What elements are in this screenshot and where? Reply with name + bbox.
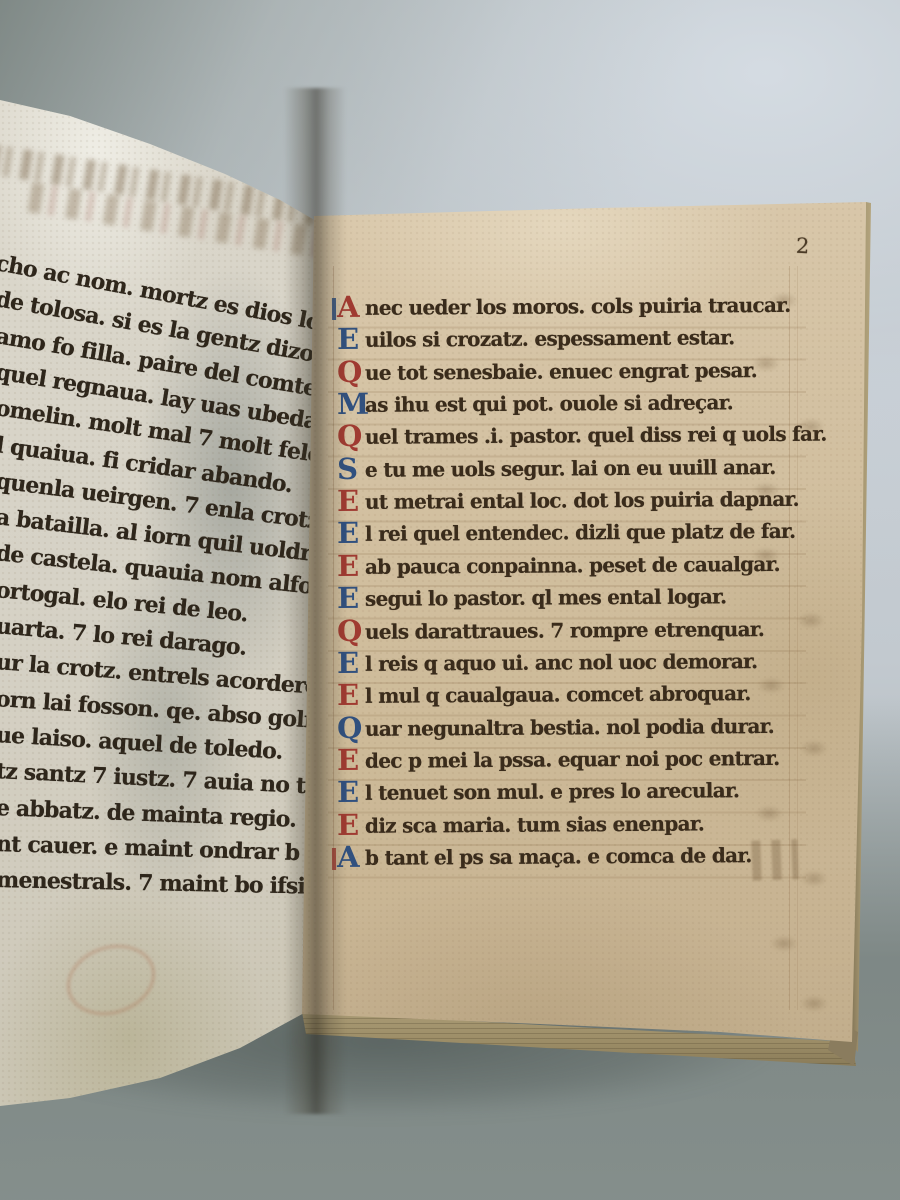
verse-line: Eut metrai ental loc. dot los puiria dap… bbox=[337, 486, 799, 514]
illuminated-initial: M bbox=[337, 392, 364, 416]
verse-text: l reis q aquo ui. anc nol uoc demorar. bbox=[364, 649, 757, 676]
verse-text: dec p mei la pssa. equar noi poc entrar. bbox=[364, 746, 780, 773]
illuminated-initial: E bbox=[337, 651, 364, 675]
manuscript-photo: cho ac nom. mortz es dios lo pdde tolosa… bbox=[0, 0, 900, 1200]
verse-text: ut metrai ental loc. dot los puiria dapn… bbox=[364, 487, 799, 514]
show-through-initial-ghost bbox=[755, 805, 783, 822]
verse-text: l mul q caualgaua. comcet abroquar. bbox=[364, 681, 751, 708]
verse-line: El reis q aquo ui. anc nol uoc demorar. bbox=[337, 648, 757, 676]
show-through-initial-ghost bbox=[800, 995, 828, 1012]
verse-line: Mas ihu est qui pot. ouole si adreçar. bbox=[337, 389, 733, 417]
illuminated-initial: E bbox=[337, 327, 364, 351]
illuminated-initial: S bbox=[337, 457, 364, 481]
illuminated-initial: Q bbox=[337, 359, 364, 383]
verse-text: b tant el ps sa maça. e comca de dar. bbox=[364, 843, 752, 870]
show-through-initial-ghost bbox=[797, 612, 825, 629]
illuminated-initial: E bbox=[337, 521, 364, 545]
verse-text: uel trames .i. pastor. quel diss rei q u… bbox=[364, 422, 827, 449]
verse-line: Ab tant el ps sa maça. e comca de dar. bbox=[337, 842, 752, 870]
verse-text: l tenuet son mul. e pres lo arecular. bbox=[364, 778, 739, 805]
verse-text: l rei quel entendec. dizli que platz de … bbox=[364, 519, 795, 546]
illuminated-initial: E bbox=[337, 586, 364, 610]
verse-line: Eab pauca conpainna. peset de caualgar. bbox=[337, 551, 780, 579]
show-through-initial-ghost bbox=[770, 935, 798, 952]
verse-line: Quels darattraues. 7 rompre etrenquar. bbox=[337, 616, 764, 644]
illuminated-initial: A bbox=[337, 295, 364, 319]
illuminated-initial: E bbox=[337, 554, 364, 578]
right-page: 2 Anec ueder los moros. cols puiria trau… bbox=[300, 200, 884, 1062]
verse-line: El tenuet son mul. e pres lo arecular. bbox=[337, 777, 739, 805]
verse-text: segui lo pastor. ql mes ental logar. bbox=[364, 584, 727, 611]
verse-line: El mul q caualgaua. comcet abroquar. bbox=[337, 680, 751, 708]
illuminated-initial: E bbox=[337, 683, 364, 707]
verse-text: e tu me uols segur. lai on eu uuill anar… bbox=[364, 455, 776, 482]
left-text-line: nt cauer. e maint ondrar b bbox=[0, 831, 300, 866]
verse-line: Se tu me uols segur. lai on eu uuill ana… bbox=[337, 454, 776, 482]
illuminated-initial: Q bbox=[337, 424, 364, 448]
verse-line: Quar negunaltra bestia. nol podia durar. bbox=[337, 712, 774, 740]
verse-text: diz sca maria. tum sias enenpar. bbox=[364, 811, 704, 837]
show-through-initial-ghost bbox=[757, 677, 785, 694]
verse-text: uilos si crozatz. espessament estar. bbox=[364, 326, 735, 353]
folio-number: 2 bbox=[795, 234, 810, 259]
verse-text: as ihu est qui pot. ouole si adreçar. bbox=[364, 390, 733, 417]
ruling-line-vertical bbox=[789, 266, 790, 1010]
faded-red-mark bbox=[58, 934, 165, 1026]
left-text-line: e abbatz. de mainta regio. bbox=[0, 795, 297, 833]
illuminated-initial: Q bbox=[337, 618, 364, 642]
left-page: cho ac nom. mortz es dios lo pdde tolosa… bbox=[0, 90, 322, 1120]
show-through-initial-ghost bbox=[800, 870, 828, 887]
left-text-line: tz santz 7 iustz. 7 auia no tod bbox=[0, 758, 322, 800]
verse-text: ab pauca conpainna. peset de caualgar. bbox=[364, 552, 780, 579]
verse-text: uels darattraues. 7 rompre etrenquar. bbox=[364, 617, 764, 644]
illuminated-initial: A bbox=[337, 845, 364, 869]
illuminated-initial: E bbox=[337, 780, 364, 804]
ruling-line-vertical bbox=[797, 266, 798, 1010]
verse-line: Edec p mei la pssa. equar noi poc entrar… bbox=[337, 745, 780, 773]
ruling-line-vertical bbox=[333, 266, 334, 1010]
illuminated-initial: E bbox=[337, 748, 364, 772]
illuminated-initial: E bbox=[337, 812, 364, 836]
verse-text: uar negunaltra bestia. nol podia durar. bbox=[364, 713, 774, 740]
verse-text: ue tot senesbaie. enuec engrat pesar. bbox=[364, 358, 757, 385]
verse-line: El rei quel entendec. dizli que platz de… bbox=[337, 518, 795, 546]
show-through-initial-ghost bbox=[800, 740, 828, 757]
verse-line: Anec ueder los moros. cols puiria trauca… bbox=[337, 292, 791, 320]
illuminated-initial: E bbox=[337, 489, 364, 513]
verse-line: Ediz sca maria. tum sias enenpar. bbox=[337, 810, 704, 838]
verse-line: Euilos si crozatz. espessament estar. bbox=[337, 325, 735, 353]
verse-line: Quel trames .i. pastor. quel diss rei q … bbox=[337, 421, 827, 449]
verse-text: nec ueder los moros. cols puiria traucar… bbox=[364, 293, 791, 320]
left-text-line: menestrals. 7 maint bo ifsi bbox=[0, 867, 305, 899]
illuminated-initial: Q bbox=[337, 715, 364, 739]
show-through-mark bbox=[751, 839, 798, 881]
verse-line: Que tot senesbaie. enuec engrat pesar. bbox=[337, 357, 757, 385]
verse-line: Esegui lo pastor. ql mes ental logar. bbox=[337, 583, 727, 611]
